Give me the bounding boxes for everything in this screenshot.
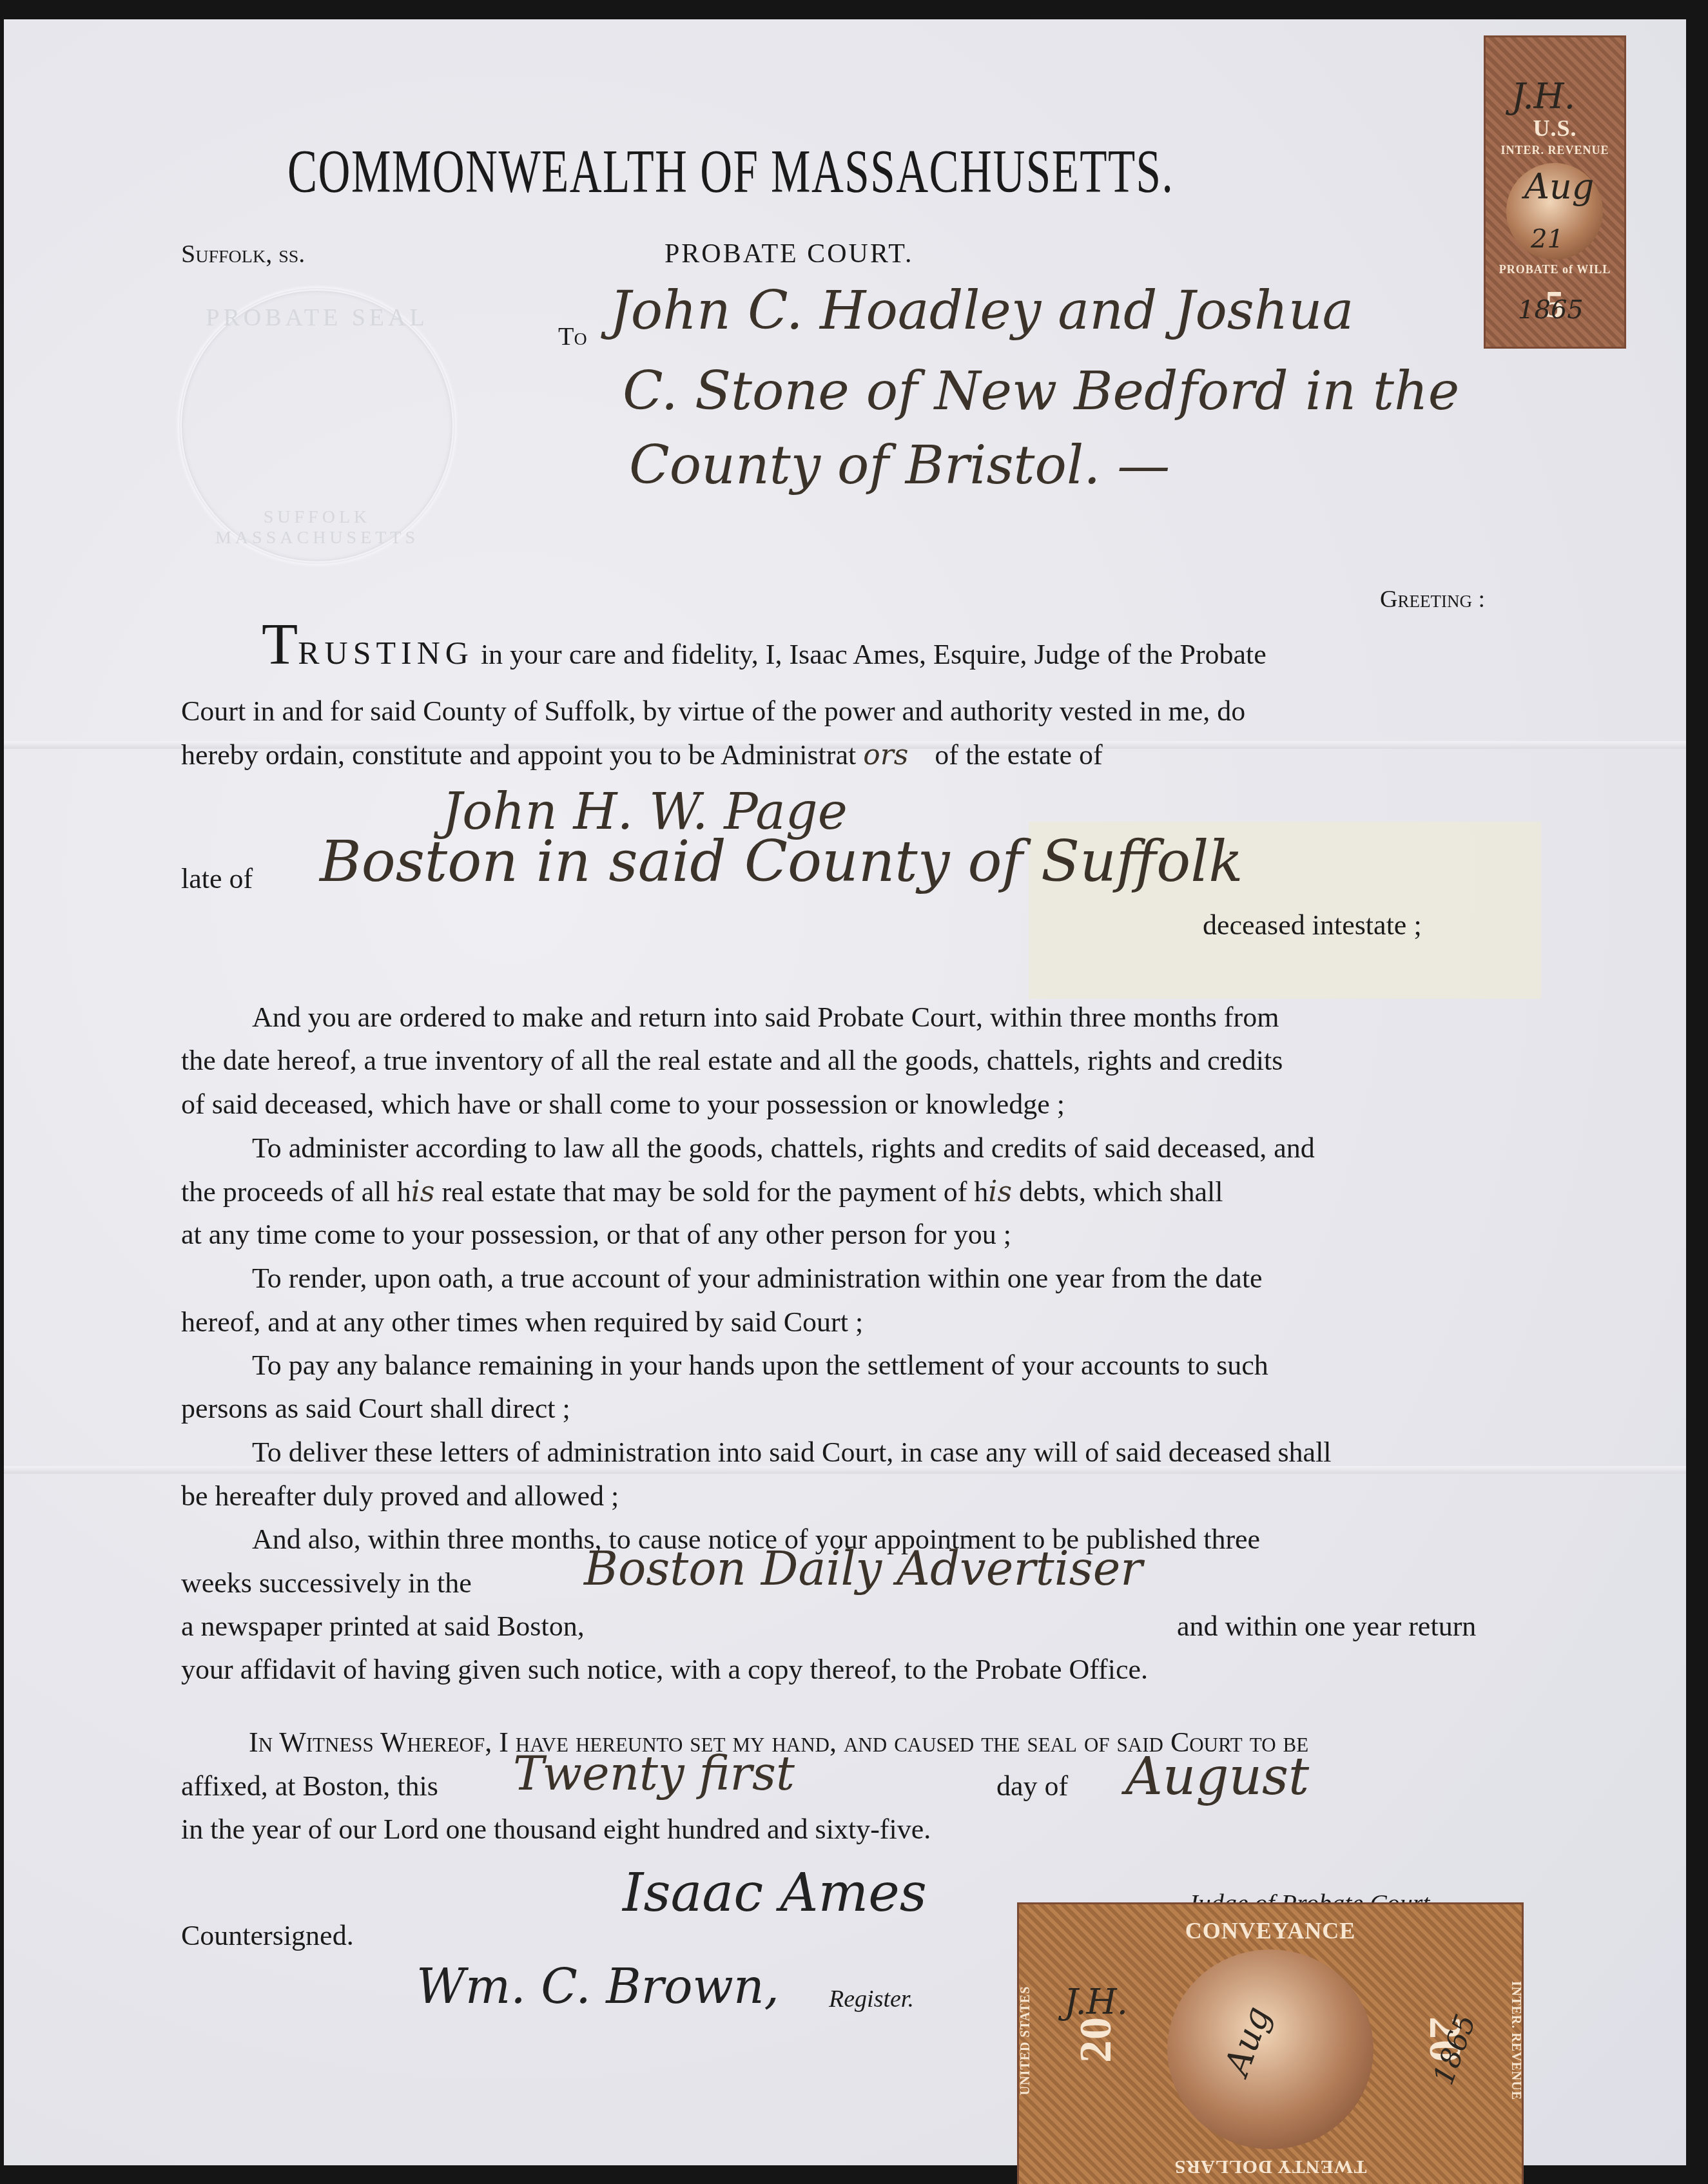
stamp-cancel-mark: Aug bbox=[1524, 166, 1594, 207]
stamp-left-text: UNITED STATES bbox=[1018, 1938, 1033, 2144]
paragraph-6-line-1: To deliver these letters of administrati… bbox=[252, 1431, 1332, 1474]
witness-line-2a: affixed, at Boston, this bbox=[181, 1764, 438, 1808]
paragraph-2-line-3: of said deceased, which have or shall co… bbox=[181, 1083, 1065, 1126]
late-of-field: Boston in said County of Suffolk bbox=[320, 828, 1243, 894]
addressees-line-3: County of Bristol. — bbox=[629, 435, 1170, 496]
paragraph-5-line-2: persons as said Court shall direct ; bbox=[181, 1387, 570, 1431]
stamp-bottom-text: TWENTY DOLLARS bbox=[1019, 2156, 1522, 2178]
paragraph-2-line-1: And you are ordered to make and return i… bbox=[252, 996, 1279, 1039]
to-label: To bbox=[558, 321, 587, 351]
pronoun-field-1: is bbox=[411, 1175, 435, 1208]
countersigned-label: Countersigned. bbox=[181, 1914, 354, 1958]
stamp-cancel-mark: J.H. bbox=[1064, 1982, 1128, 2022]
witness-line-3: in the year of our Lord one thousand eig… bbox=[181, 1808, 931, 1851]
witness-line-2b: day of bbox=[996, 1764, 1068, 1808]
paragraph-1-line-3b: of the estate of bbox=[935, 739, 1102, 771]
pronoun-field-2: is bbox=[988, 1175, 1012, 1208]
paragraph-4-line-2: hereof, and at any other times when requ… bbox=[181, 1300, 863, 1344]
probate-revenue-stamp-icon: U.S. INTER. REVENUE PROBATE of WILL 5 FI… bbox=[1484, 35, 1626, 349]
seal-top-text: PROBATE SEAL bbox=[182, 304, 452, 332]
paragraph-7-line-3b: and within one year return bbox=[1177, 1605, 1476, 1648]
stamp-cancel-mark: 1865 bbox=[1518, 295, 1584, 325]
newspaper-field: Boston Daily Advertiser bbox=[584, 1541, 1143, 1596]
month-field: August bbox=[1125, 1746, 1309, 1806]
stamp-ring-bottom: PROBATE of WILL bbox=[1486, 263, 1624, 276]
greeting-label: Greeting : bbox=[1380, 585, 1485, 614]
day-field: Twenty first bbox=[513, 1746, 795, 1801]
stamp-top-text: U.S. bbox=[1486, 115, 1624, 142]
paragraph-1-line-2: Court in and for said County of Suffolk,… bbox=[181, 690, 1245, 733]
register-signature: Wm. C. Brown, bbox=[416, 1959, 779, 2015]
paragraph-3-line-2a: the proceeds of all h bbox=[181, 1176, 411, 1208]
addressees-line-1: John C. Hoadley and Joshua bbox=[610, 280, 1354, 342]
trusting-word: RUSTING bbox=[298, 635, 474, 671]
paragraph-5-line-1: To pay any balance remaining in your han… bbox=[252, 1344, 1268, 1387]
document-title: COMMONWEALTH OF MASSACHUSETTS. bbox=[287, 135, 1174, 207]
stamp-cancel-mark: J.H. bbox=[1511, 76, 1575, 117]
paragraph-2-line-2: the date hereof, a true inventory of all… bbox=[181, 1039, 1283, 1083]
stamp-ring-top: INTER. REVENUE bbox=[1486, 144, 1624, 157]
register-title: Register. bbox=[829, 1985, 914, 2013]
administrator-suffix-field: ors bbox=[863, 739, 908, 771]
seal-bottom-text: SUFFOLK MASSACHUSETTS bbox=[182, 507, 452, 548]
paragraph-7-line-3a: a newspaper printed at said Boston, bbox=[181, 1605, 585, 1648]
stamp-right-text: INTER. REVENUE bbox=[1508, 1938, 1523, 2144]
late-of-label: late of bbox=[181, 857, 253, 901]
paragraph-7-line-2: weeks successively in the bbox=[181, 1561, 472, 1605]
paragraph-4-line-1: To render, upon oath, a true account of … bbox=[252, 1257, 1263, 1300]
paragraph-3-line-3: at any time come to your possession, or … bbox=[181, 1213, 1011, 1257]
paragraph-1-line-3a: hereby ordain, constitute and appoint yo… bbox=[181, 739, 856, 771]
washington-portrait-icon bbox=[1167, 1949, 1373, 2149]
addressees-line-2: C. Stone of New Bedford in the bbox=[623, 361, 1459, 422]
judge-signature: Isaac Ames bbox=[623, 1862, 927, 1924]
county-label: Suffolk, ss. bbox=[181, 238, 305, 269]
deceased-status: deceased intestate ; bbox=[1203, 904, 1422, 947]
paragraph-3-line-2c: debts, which shall bbox=[1019, 1176, 1223, 1208]
paragraph-6-line-2: be hereafter duly proved and allowed ; bbox=[181, 1474, 619, 1518]
paragraph-1-line-1: in your care and fidelity, I, Isaac Ames… bbox=[481, 639, 1266, 670]
paragraph-3-line-2b: real estate that may be sold for the pay… bbox=[442, 1176, 988, 1208]
paragraph-3-line-1: To administer according to law all the g… bbox=[252, 1126, 1315, 1170]
drop-cap: T bbox=[262, 611, 298, 677]
embossed-seal-icon: PROBATE SEAL SUFFOLK MASSACHUSETTS bbox=[178, 287, 456, 565]
stamp-cancel-mark: 21 bbox=[1531, 224, 1564, 254]
document-page: COMMONWEALTH OF MASSACHUSETTS. Suffolk, … bbox=[4, 19, 1686, 2165]
paragraph-7-line-4: your affidavit of having given such noti… bbox=[181, 1648, 1148, 1692]
conveyance-revenue-stamp-icon: CONVEYANCE TWENTY DOLLARS UNITED STATES … bbox=[1017, 1902, 1524, 2184]
court-label: PROBATE COURT. bbox=[665, 238, 913, 269]
stamp-top-text: CONVEYANCE bbox=[1019, 1917, 1522, 1944]
